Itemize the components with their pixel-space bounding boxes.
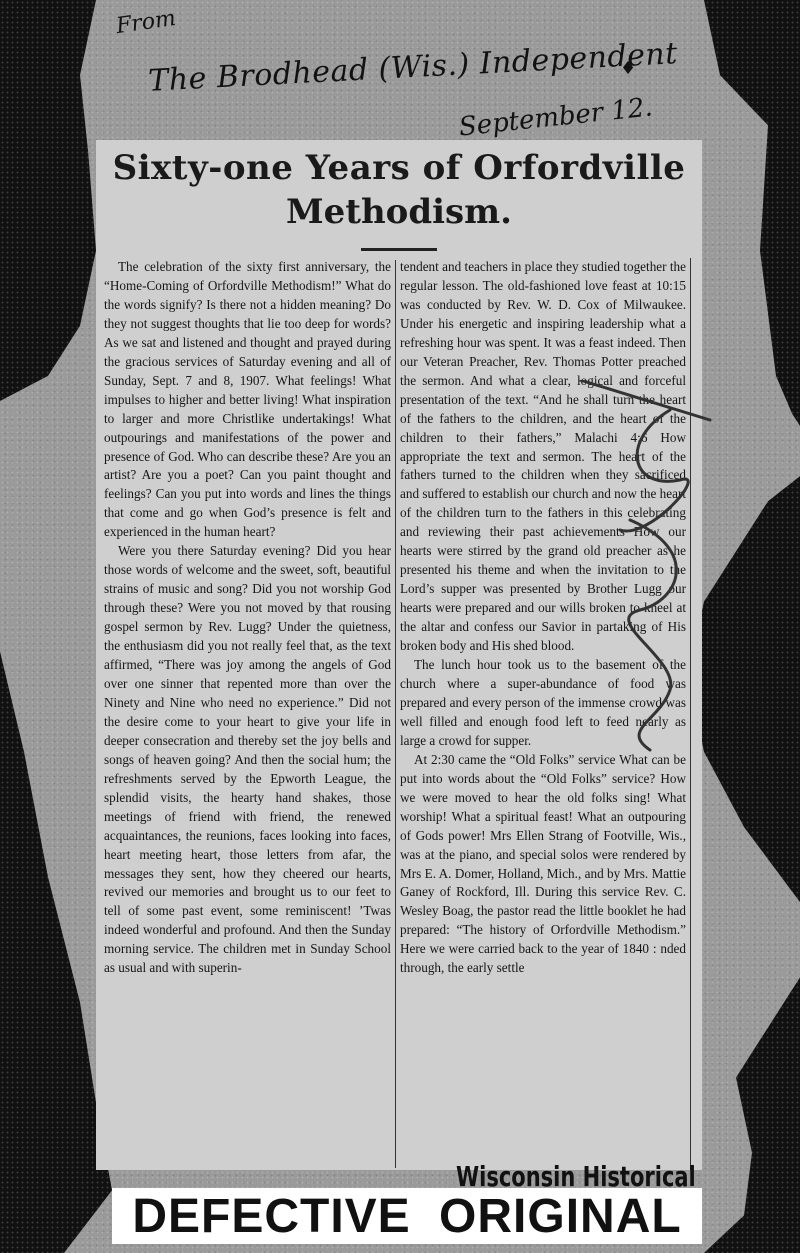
right-column: tendent and teachers in place they studi… <box>396 258 691 1170</box>
paragraph: The celebration of the sixty first anniv… <box>104 258 391 542</box>
left-column: The celebration of the sixty first anniv… <box>100 258 395 1170</box>
headline-rule <box>361 248 437 251</box>
handwritten-note: From The Brodhead (Wis.) Independent ♦ S… <box>100 0 700 140</box>
ink-blot-icon: ♦ <box>620 58 636 79</box>
newspaper-clipping: Sixty-one Years of Orfordville Methodism… <box>96 140 702 1170</box>
paragraph: At 2:30 came the “Old Folks” service Wha… <box>400 751 686 978</box>
paragraph: Were you there Saturday evening? Did you… <box>104 542 391 978</box>
article-headline: Sixty-one Years of Orfordville Methodism… <box>96 140 702 234</box>
headline-line-1: Sixty-one Years of Orfordville <box>96 146 702 190</box>
paragraph: tendent and teachers in place they studi… <box>400 258 686 656</box>
handwritten-from: From <box>115 6 178 39</box>
paragraph: The lunch hour took us to the basement o… <box>400 656 686 751</box>
headline-line-2: Methodism. <box>96 190 702 234</box>
handwritten-source: The Brodhead (Wis.) Independent <box>147 36 678 99</box>
defective-original-banner: DEFECTIVE ORIGINAL <box>112 1188 702 1244</box>
article-columns: The celebration of the sixty first anniv… <box>100 258 700 1170</box>
defective-label: DEFECTIVE ORIGINAL <box>132 1189 681 1244</box>
